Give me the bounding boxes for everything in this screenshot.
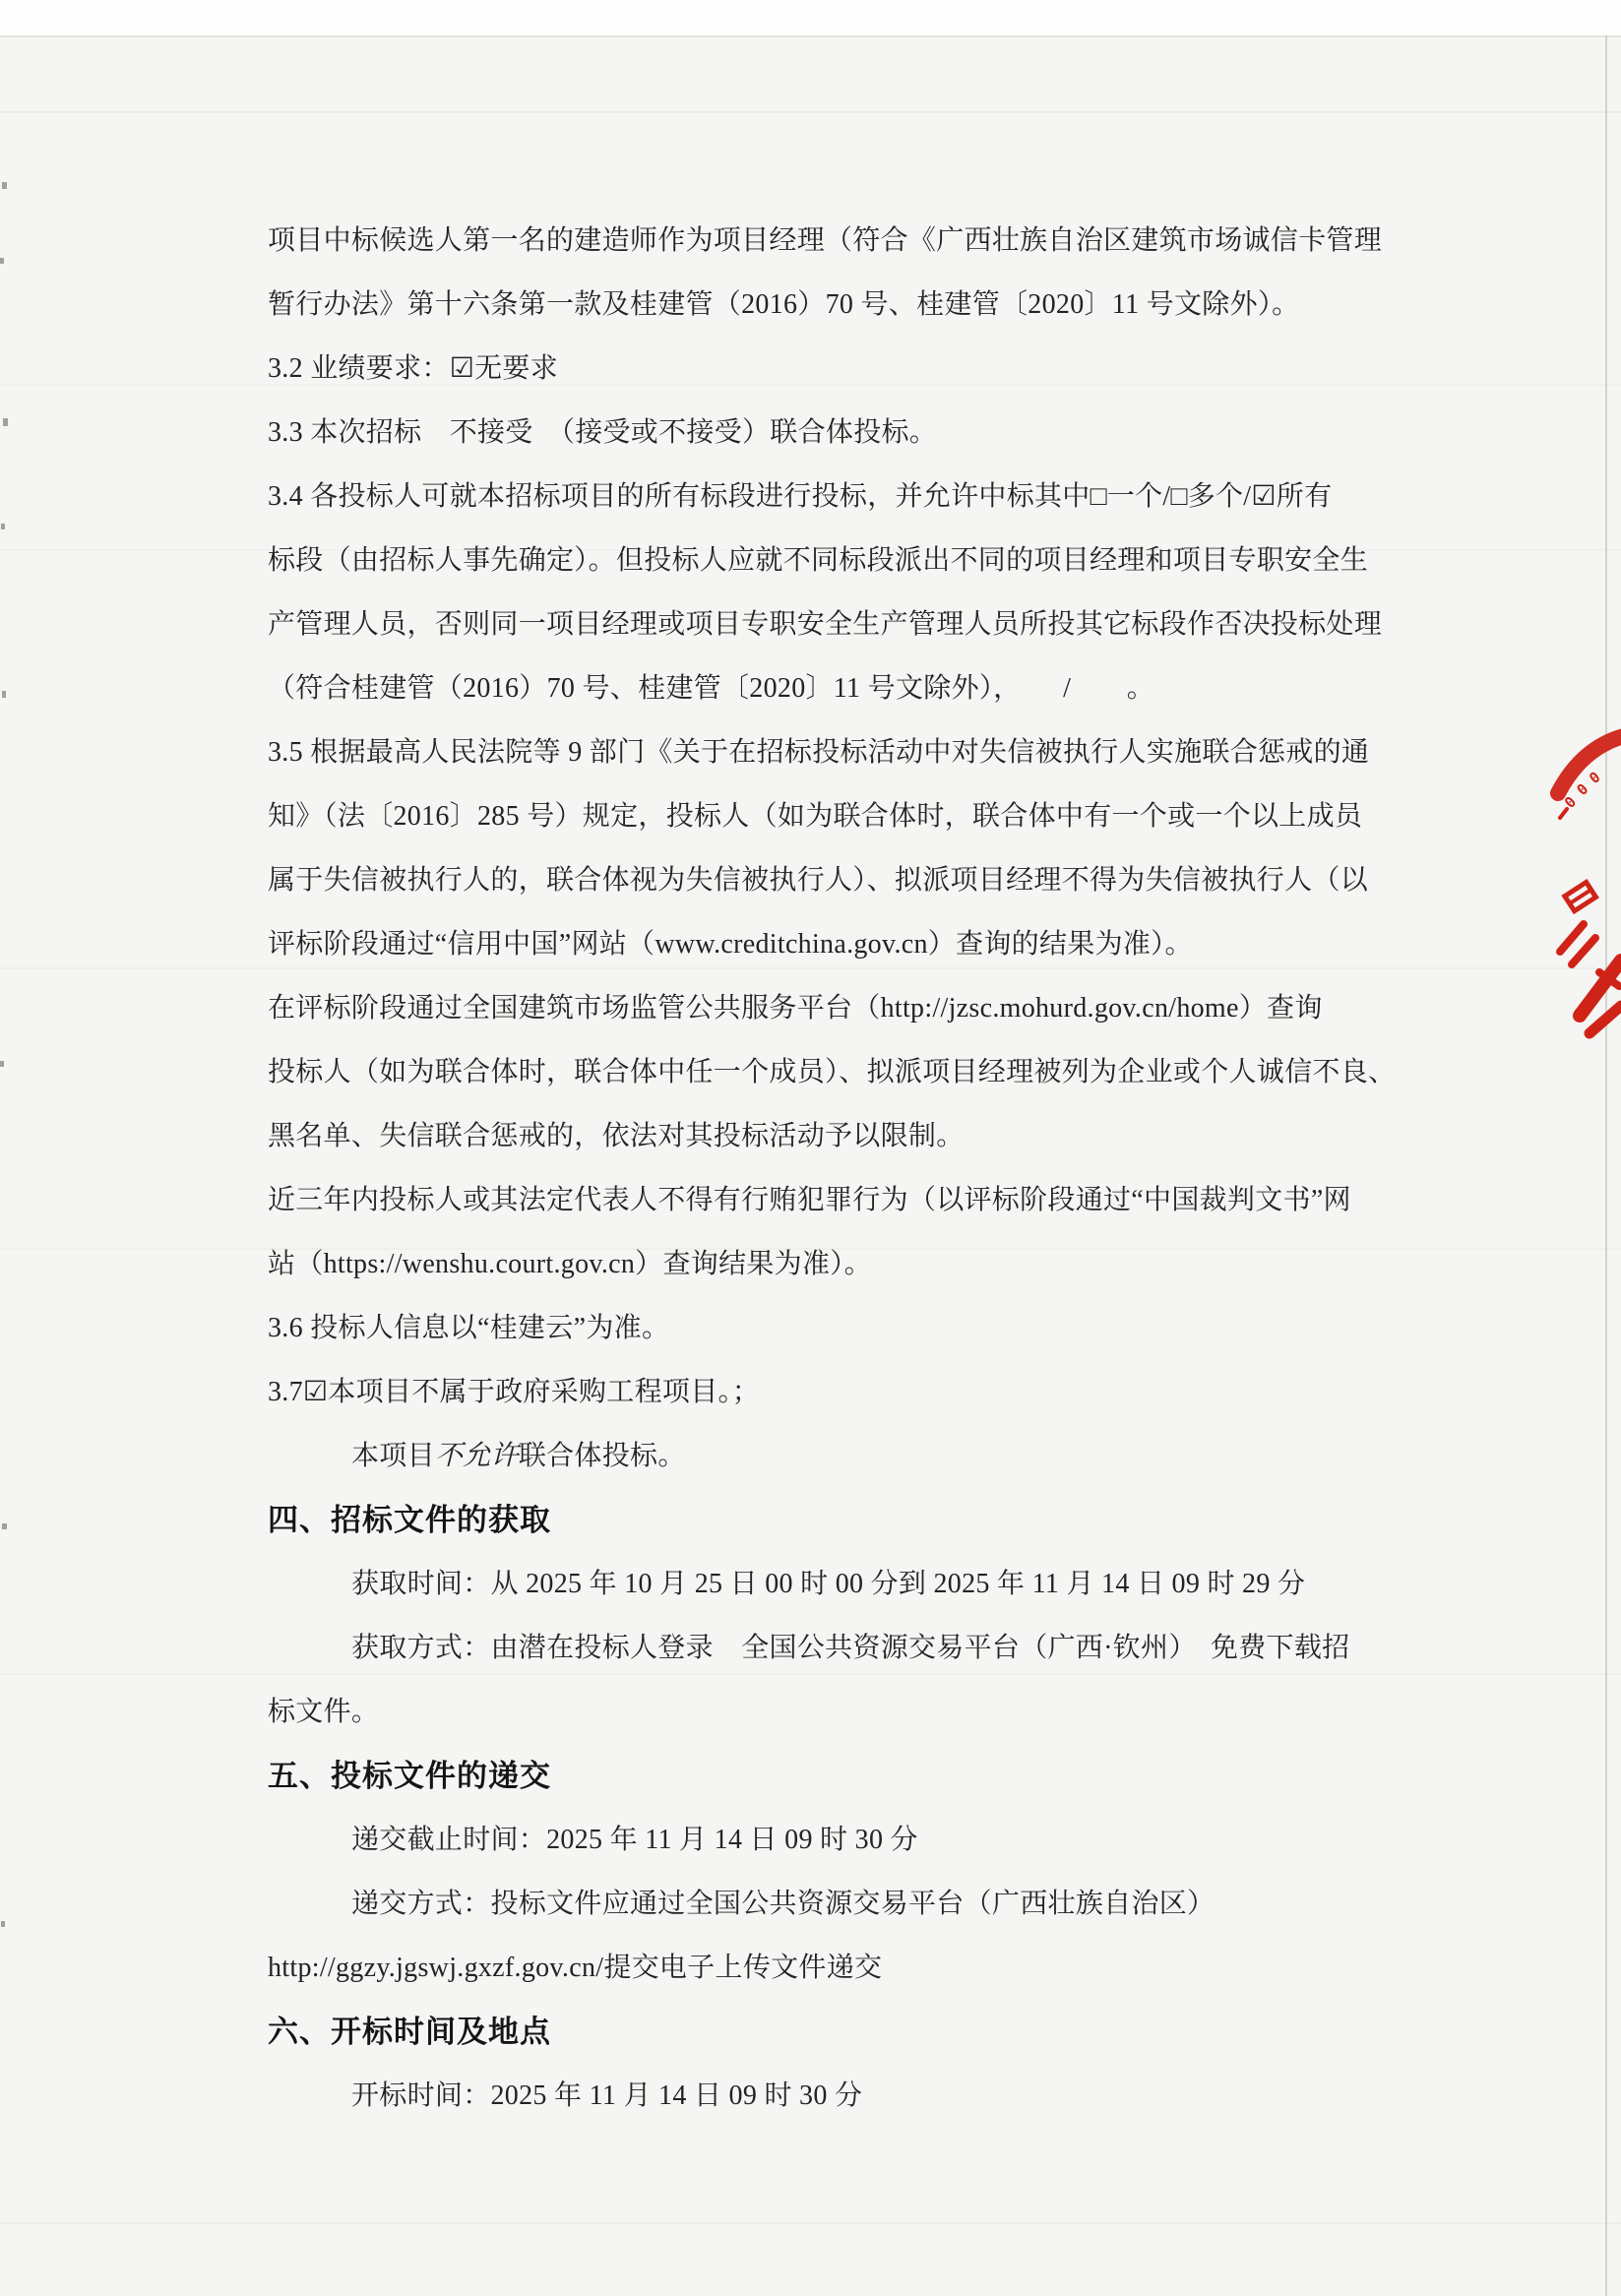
doc-line: （符合桂建管（2016）70 号、桂建管〔2020〕11 号文除外）， / 。	[268, 656, 1409, 720]
seal-serial-tick	[1560, 809, 1567, 818]
doc-line: 递交方式：投标文件应通过全国公共资源交易平台（广西壮族自治区）	[268, 1872, 1409, 1936]
doc-line: 获取方式：由潜在投标人登录 全国公共资源交易平台（广西·钦州） 免费下载招	[268, 1616, 1409, 1680]
seal-character-fragment	[1572, 938, 1595, 964]
doc-line: 评标阶段通过“信用中国”网站（www.creditchina.gov.cn）查询…	[268, 912, 1409, 976]
scan-streak	[0, 111, 1621, 113]
doc-line: 3.6 投标人信息以“桂建云”为准。	[268, 1296, 1409, 1360]
seal-graphic: 0 0 0	[1530, 718, 1621, 1058]
doc-line: 标文件。	[268, 1680, 1409, 1744]
scan-speck	[2, 691, 6, 698]
section-heading: 六、开标时间及地点	[268, 2000, 1409, 2064]
scan-speck	[1, 1921, 5, 1927]
scan-speck	[3, 418, 8, 426]
doc-line: 本项目不允许联合体投标。	[268, 1424, 1409, 1488]
doc-line: 3.5 根据最高人民法院等 9 部门《关于在招标投标活动中对失信被执行人实施联合…	[268, 720, 1409, 784]
scan-speck	[0, 258, 4, 264]
doc-line: 3.4 各投标人可就本招标项目的所有标段进行投标，并允许中标其中□一个/□多个/…	[268, 465, 1409, 528]
seal-character-fragment	[1590, 1006, 1621, 1033]
doc-line: http://ggzy.jgswj.gxzf.gov.cn/提交电子上传文件递交	[268, 1936, 1409, 2000]
scan-speck	[2, 1523, 7, 1529]
doc-line: 项目中标候选人第一名的建造师作为项目经理（符合《广西壮族自治区建筑市场诚信卡管理	[268, 209, 1409, 273]
scan-top-band	[0, 0, 1621, 37]
scan-edge-line	[1605, 35, 1607, 2296]
doc-text-italic: 不允许	[435, 1441, 519, 1471]
scan-speck	[2, 182, 7, 189]
doc-line: 3.7☑本项目不属于政府采购工程项目。；	[268, 1360, 1409, 1424]
doc-line: 开标时间：2025 年 11 月 14 日 09 时 30 分	[268, 2064, 1409, 2128]
doc-line: 3.2 业绩要求：☑无要求	[268, 337, 1409, 401]
doc-text: 本项目	[351, 1441, 435, 1471]
doc-line: 获取时间：从 2025 年 10 月 25 日 00 时 00 分到 2025 …	[268, 1552, 1409, 1616]
doc-line: 黑名单、失信联合惩戒的，依法对其投标活动予以限制。	[268, 1104, 1409, 1168]
doc-line: 产管理人员，否则同一项目经理或项目专职安全生产管理人员所投其它标段作否决投标处理	[268, 592, 1409, 656]
scan-speck	[1, 524, 5, 529]
doc-line: 在评标阶段通过全国建筑市场监管公共服务平台（http://jzsc.mohurd…	[268, 976, 1409, 1040]
doc-line: 递交截止时间：2025 年 11 月 14 日 09 时 30 分	[268, 1808, 1409, 1872]
scan-speck	[0, 1061, 4, 1067]
doc-line: 知》（法〔2016〕285 号）规定，投标人（如为联合体时，联合体中有一个或一个…	[268, 784, 1409, 848]
doc-line: 站（https://wenshu.court.gov.cn）查询结果为准）。	[268, 1232, 1409, 1296]
seal-character-fragment	[1560, 924, 1584, 952]
official-seal-fragment: 0 0 0	[1530, 718, 1621, 1058]
scan-streak	[0, 2222, 1621, 2224]
seal-ring-arc	[1558, 736, 1621, 793]
doc-line: 近三年内投标人或其法定代表人不得有行贿犯罪行为（以评标阶段通过“中国裁判文书”网	[268, 1168, 1409, 1232]
doc-line: 标段（由招标人事先确定）。但投标人应就不同标段派出不同的项目经理和项目专职安全生	[268, 528, 1409, 592]
doc-line: 暂行办法》第十六条第一款及桂建管（2016）70 号、桂建管〔2020〕11 号…	[268, 273, 1409, 337]
doc-line: 属于失信被执行人的，联合体视为失信被执行人）、拟派项目经理不得为失信被执行人（以	[268, 848, 1409, 912]
document-body: 项目中标候选人第一名的建造师作为项目经理（符合《广西壮族自治区建筑市场诚信卡管理…	[268, 209, 1409, 2128]
seal-serial-digit: 0	[1561, 793, 1580, 812]
document-page: 项目中标候选人第一名的建造师作为项目经理（符合《广西壮族自治区建筑市场诚信卡管理…	[0, 0, 1621, 2296]
doc-line: 投标人（如为联合体时，联合体中任一个成员）、拟派项目经理被列为企业或个人诚信不良…	[268, 1040, 1409, 1104]
section-heading: 四、招标文件的获取	[268, 1488, 1409, 1552]
doc-line: 3.3 本次招标 不接受 （接受或不接受）联合体投标。	[268, 401, 1409, 465]
seal-serial-digit: 0	[1573, 780, 1591, 799]
seal-character-fragment	[1565, 882, 1596, 910]
seal-serial-digit: 0	[1586, 768, 1603, 787]
doc-text: 联合体投标。	[519, 1441, 686, 1471]
section-heading: 五、投标文件的递交	[268, 1744, 1409, 1808]
